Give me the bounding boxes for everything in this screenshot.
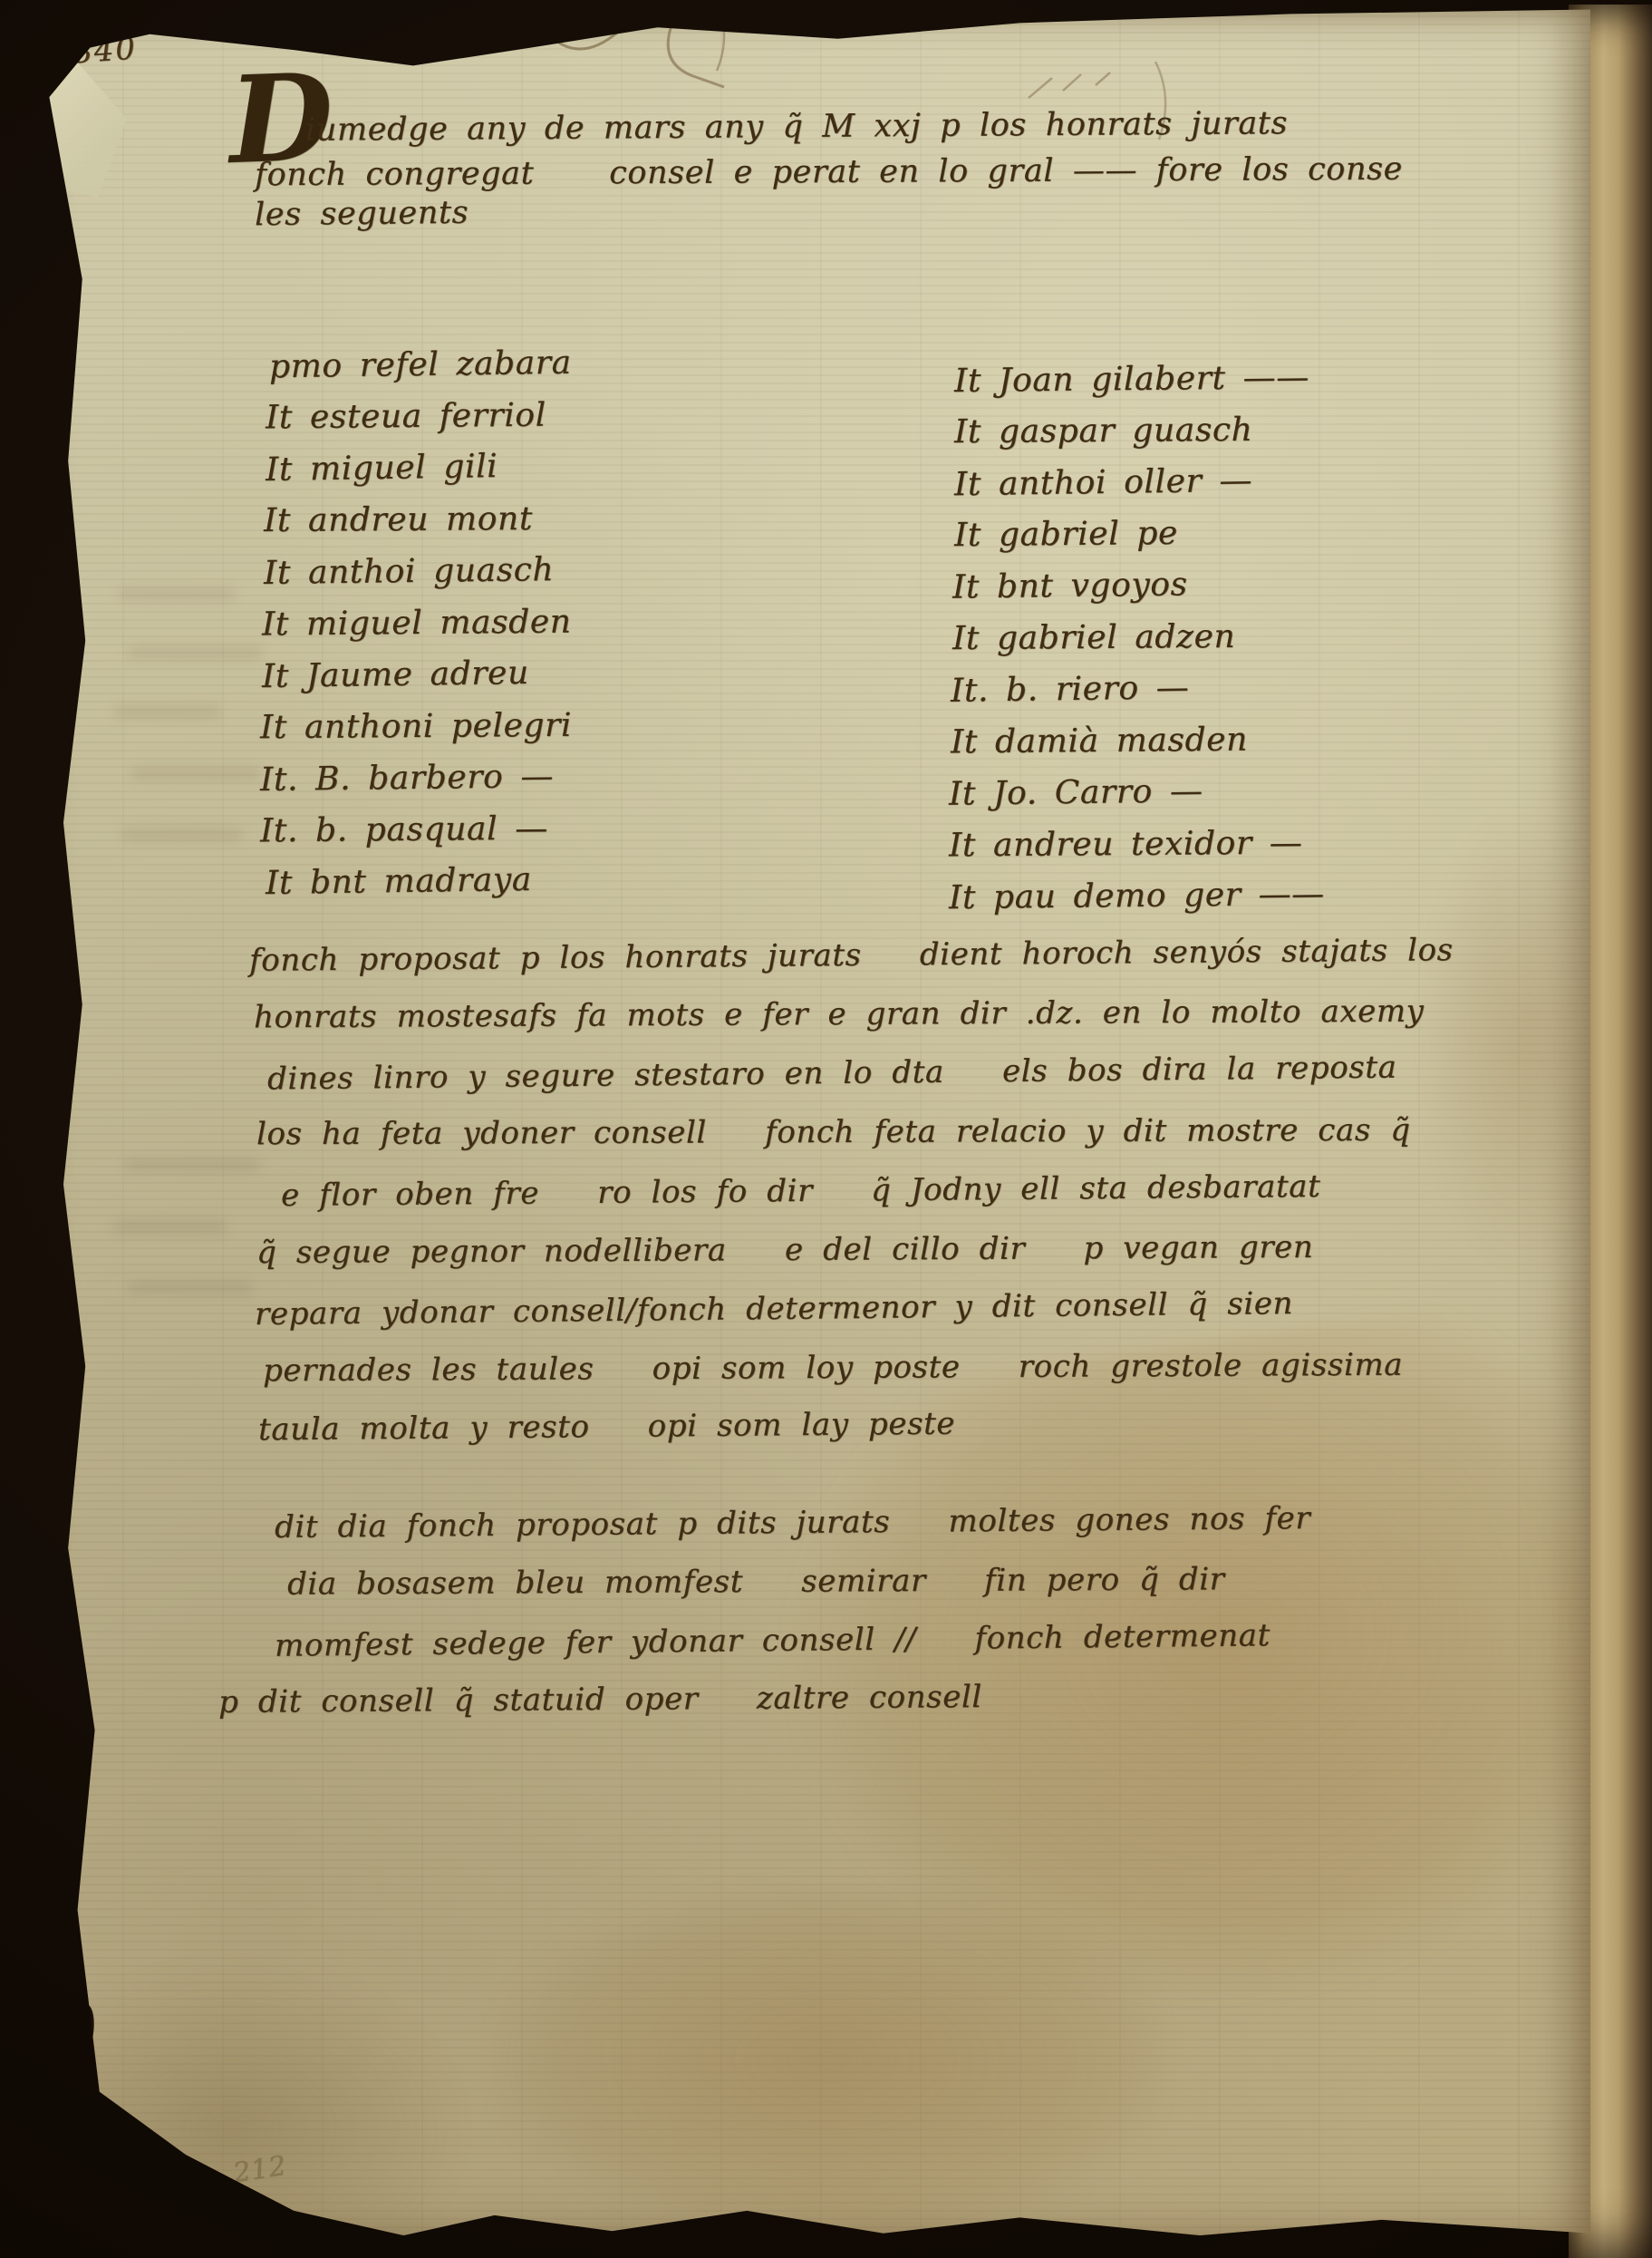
show-through-ghost bbox=[127, 646, 263, 660]
attendee-name: It bnt madraya bbox=[266, 861, 532, 902]
attendee-name: It. b. riero — bbox=[951, 669, 1190, 710]
show-through-ghost bbox=[113, 1220, 227, 1234]
attendee-name: It pau demo ger —— bbox=[949, 876, 1325, 916]
show-through-ghost bbox=[124, 1158, 260, 1172]
manuscript-page: 840 D iumedge any de mars any q̃ M xxj p… bbox=[23, 7, 1590, 2253]
attendee-name: It anthoi guasch bbox=[264, 551, 555, 592]
show-through-ghost bbox=[130, 767, 261, 780]
manuscript-line: honrats mostesafs fa mots e fer e gran d… bbox=[254, 993, 1425, 1036]
attendee-name: It Jo. Carro — bbox=[949, 772, 1203, 812]
heading-line: iumedge any de mars any q̃ M xxj p los h… bbox=[305, 105, 1288, 149]
attendee-name: It gabriel pe bbox=[954, 515, 1178, 554]
show-through-ghost bbox=[113, 705, 222, 719]
attendee-name: It. B. barbero — bbox=[260, 758, 554, 799]
show-through-ghost bbox=[118, 587, 236, 601]
attendee-name: It esteua ferriol bbox=[266, 397, 546, 437]
attendee-name: It bnt vgoyos bbox=[952, 566, 1188, 606]
attendee-name: It miguel masden bbox=[262, 604, 572, 644]
manuscript-line: repara ydonar consell/fonch determenor y… bbox=[255, 1285, 1293, 1333]
attendee-name: It damià masden bbox=[951, 722, 1248, 761]
attendee-name: It. b. pasqual — bbox=[260, 810, 548, 850]
show-through-ghost bbox=[121, 828, 243, 841]
manuscript-line: e flor oben fre ro los fo dir q̃ Jodny e… bbox=[281, 1168, 1321, 1214]
manuscript-line: q̃ segue pegnor nodellibera e del cillo … bbox=[256, 1229, 1314, 1271]
manuscript-line: dit dia fonch proposat p dits jurats mol… bbox=[275, 1500, 1310, 1546]
show-through-ghost bbox=[127, 1281, 254, 1294]
manuscript-line: fonch proposat p los honrats jurats dien… bbox=[249, 932, 1454, 979]
attendee-name: pmo refel zabara bbox=[269, 344, 572, 386]
heading-line: fonch congregat consel e perat en lo gra… bbox=[255, 151, 1403, 194]
manuscript-line: momfest sedege fer ydonar consell // fon… bbox=[275, 1617, 1270, 1664]
manuscript-line: taula molta y resto opi som lay peste bbox=[258, 1406, 955, 1449]
manuscript-line: dines linro y segure stestaro en lo dta … bbox=[267, 1049, 1397, 1097]
attendee-name: It andreu texidor — bbox=[949, 825, 1303, 865]
attendee-name: It Joan gilabert —— bbox=[954, 359, 1309, 400]
attendee-name: It gaspar guasch bbox=[954, 412, 1253, 451]
attendee-name: It anthoni pelegri bbox=[260, 707, 572, 746]
attendee-name: It miguel gili bbox=[266, 448, 498, 489]
paper-stain bbox=[494, 1884, 1164, 2237]
manuscript-line: los ha feta ydoner consell fonch feta re… bbox=[256, 1112, 1411, 1152]
attendee-name: It Jaume adreu bbox=[262, 654, 529, 695]
attendee-name: It anthoi oller — bbox=[954, 462, 1252, 504]
attendee-name: It gabriel adzen bbox=[952, 618, 1236, 657]
heading-line: les seguents bbox=[255, 195, 469, 233]
manuscript-line: pernades les taules opi som loy poste ro… bbox=[263, 1347, 1403, 1390]
manuscript-line: dia bosasem bleu momfest semirar fin per… bbox=[287, 1561, 1225, 1602]
manuscript-line: p dit consell q̃ statuid oper zaltre con… bbox=[218, 1679, 982, 1720]
attendee-name: It andreu mont bbox=[264, 500, 533, 539]
